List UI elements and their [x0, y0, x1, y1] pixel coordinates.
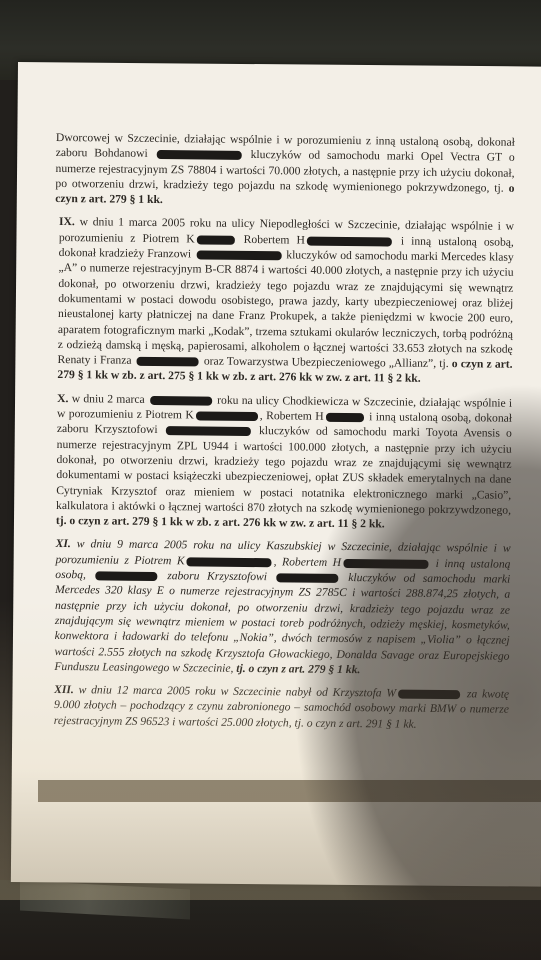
- redaction-mark: [307, 236, 392, 246]
- paragraph-text: oraz Towarzystwa Ubezpieczeniowego „Alli…: [201, 355, 452, 371]
- paragraph-xii: XII. w dniu 12 marca 2005 roku w Szczeci…: [54, 682, 509, 733]
- redaction-mark: [398, 690, 460, 700]
- paragraph-text: kluczyków od samochodu marki Mercedes kl…: [58, 248, 514, 367]
- paragraph-x: X. w dniu 2 marca roku na ulicy Chodkiew…: [56, 391, 512, 533]
- redaction-mark: [326, 413, 364, 422]
- paragraph-text: zaboru Krzysztofowi: [160, 569, 275, 583]
- paragraph-text: , Robertem H: [274, 555, 342, 569]
- redaction-mark: [277, 573, 339, 583]
- paragraph-ix: IX. w dniu 1 marca 2005 roku na ulicy Ni…: [57, 214, 514, 387]
- paragraph-number: XII.: [54, 683, 74, 696]
- redaction-mark: [196, 250, 281, 260]
- paragraph-text: w dniu 2 marca: [68, 392, 148, 406]
- legal-citation: tj. o czyn z art. 279 § 1 kk w zb. z art…: [56, 514, 385, 530]
- redaction-mark: [187, 557, 272, 567]
- paragraph-xi: XI. w dniu 9 marca 2005 roku na ulicy Ka…: [54, 536, 510, 678]
- paragraph-text: kluczyków od samochodu marki Toyota Aven…: [56, 424, 512, 516]
- redaction-mark: [157, 150, 242, 160]
- redaction-mark: [150, 396, 212, 406]
- redaction-mark: [343, 559, 428, 569]
- document-body: Dworcowej w Szczecinie, działając wspóln…: [54, 130, 515, 741]
- paragraph-number: IX.: [59, 215, 75, 228]
- paragraph-number: X.: [57, 392, 68, 405]
- redaction-mark: [196, 411, 258, 421]
- paragraph-viii-tail: Dworcowej w Szczecinie, działając wspóln…: [55, 130, 515, 211]
- second-page-edge: [38, 780, 541, 802]
- paragraph-text: w dniu 12 marca 2005 roku w Szczecinie n…: [74, 683, 396, 699]
- paragraph-text: kluczyków od samochodu marki Mercedes 32…: [54, 571, 510, 675]
- paragraph-text: , Robertem H: [260, 409, 324, 423]
- redaction-mark: [137, 357, 199, 367]
- paragraph-text: Robertem H: [237, 233, 305, 247]
- legal-citation: tj. o czyn z art. 279 § 1 kk.: [236, 662, 360, 676]
- redaction-mark: [166, 426, 251, 436]
- redaction-mark: [96, 571, 158, 581]
- redaction-mark: [197, 235, 235, 244]
- paragraph-number: XI.: [56, 537, 71, 550]
